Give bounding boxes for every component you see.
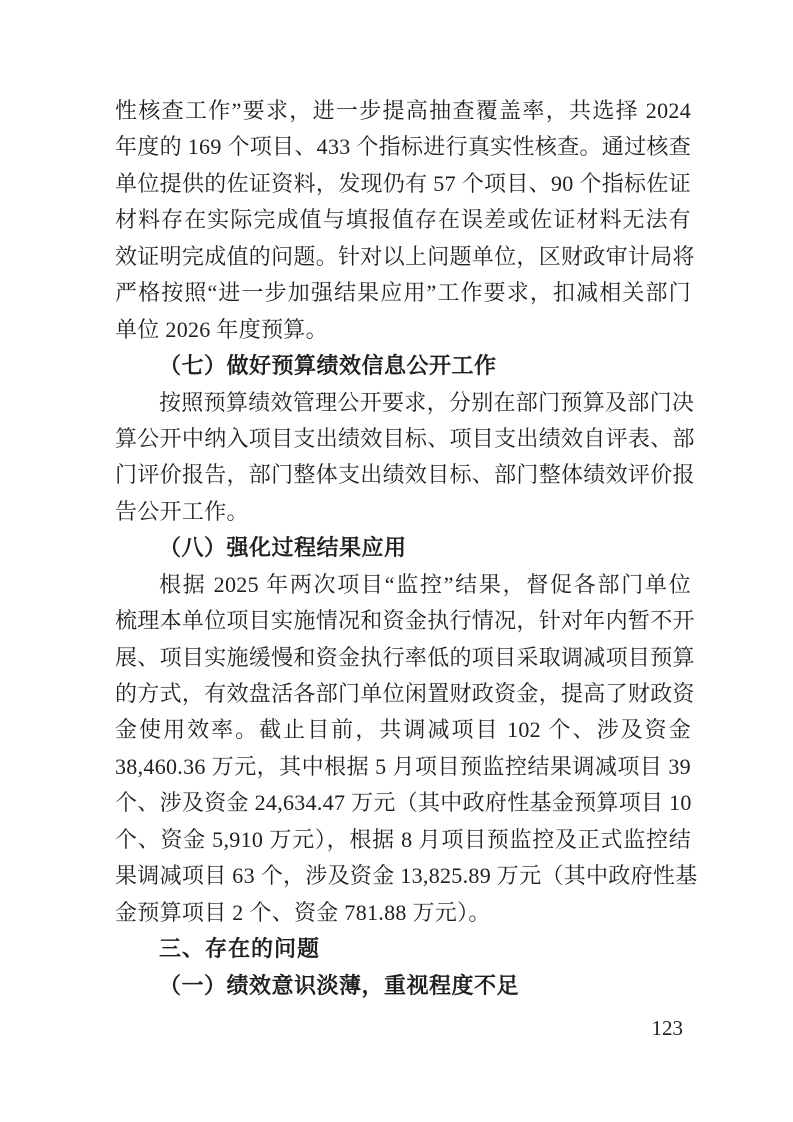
text-line: 告公开工作。 [115,494,691,530]
subheading-7: （七）做好预算绩效信息公开工作 [115,348,691,384]
document-page: 性核查工作”要求，进一步提高抽查覆盖率，共选择 2024 年度的 169 个项目… [0,0,793,1122]
text-line: 材料存在实际完成值与填报值存在误差或佐证材料无法有 [115,202,691,238]
heading-text: 三、存在的问题 [115,931,691,967]
text-line: 的方式，有效盘活各部门单位闲置财政资金，提高了财政资 [115,676,691,712]
paragraph-continuation: 性核查工作”要求，进一步提高抽查覆盖率，共选择 2024 年度的 169 个项目… [115,93,691,348]
text-line: 展、项目实施缓慢和资金执行率低的项目采取调减项目预算 [115,640,691,676]
subheading-text: （八）强化过程结果应用 [115,530,691,566]
page-number: 123 [652,1013,684,1043]
text-line: 效证明完成值的问题。针对以上问题单位，区财政审计局将 [115,239,691,275]
text-line: 单位提供的佐证资料，发现仍有 57 个项目、90 个指标佐证 [115,166,691,202]
text-line: 根据 2025 年两次项目“监控”结果，督促各部门单位 [115,567,691,603]
text-line: 单位 2026 年度预算。 [115,312,691,348]
subheading-1: （一）绩效意识淡薄，重视程度不足 [115,968,691,1004]
text-line: 金使用效率。截止目前，共调减项目 102 个、涉及资金 [115,712,691,748]
heading-3: 三、存在的问题 [115,931,691,967]
text-line: 金预算项目 2 个、资金 781.88 万元）。 [115,895,691,931]
text-block: 性核查工作”要求，进一步提高抽查覆盖率，共选择 2024 年度的 169 个项目… [115,93,691,1004]
text-line: 严格按照“进一步加强结果应用”工作要求，扣减相关部门 [115,275,691,311]
text-line: 个、涉及资金 24,634.47 万元（其中政府性基金预算项目 10 [115,785,691,821]
text-line: 性核查工作”要求，进一步提高抽查覆盖率，共选择 2024 [115,93,691,129]
text-line: 个、资金 5,910 万元），根据 8 月项目预监控及正式监控结 [115,822,691,858]
paragraph: 按照预算绩效管理公开要求，分别在部门预算及部门决 算公开中纳入项目支出绩效目标、… [115,385,691,531]
text-line: 梳理本单位项目实施情况和资金执行情况，针对年内暂不开 [115,603,691,639]
text-line: 年度的 169 个项目、433 个指标进行真实性核查。通过核查 [115,129,691,165]
subheading-text: （一）绩效意识淡薄，重视程度不足 [115,968,691,1004]
text-line: 算公开中纳入项目支出绩效目标、项目支出绩效自评表、部 [115,421,691,457]
subheading-8: （八）强化过程结果应用 [115,530,691,566]
text-line: 门评价报告，部门整体支出绩效目标、部门整体绩效评价报 [115,457,691,493]
paragraph: 根据 2025 年两次项目“监控”结果，督促各部门单位 梳理本单位项目实施情况和… [115,567,691,931]
subheading-text: （七）做好预算绩效信息公开工作 [115,348,691,384]
text-line: 38,460.36 万元，其中根据 5 月项目预监控结果调减项目 39 [115,749,691,785]
text-line: 按照预算绩效管理公开要求，分别在部门预算及部门决 [115,385,691,421]
text-line: 果调减项目 63 个，涉及资金 13,825.89 万元（其中政府性基 [115,858,691,894]
